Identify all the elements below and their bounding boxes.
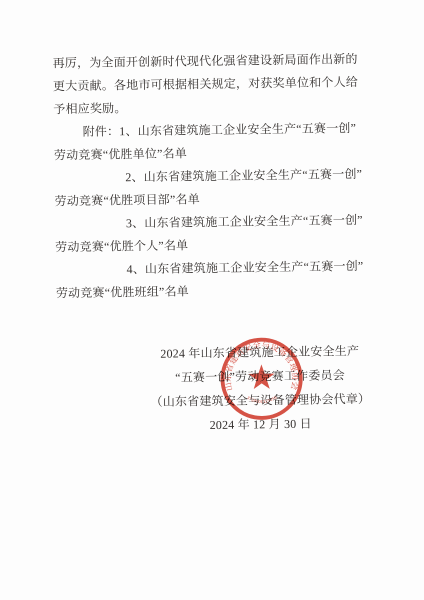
body-paragraphs: 再厉，为全面开创新时代现代化强省建设新局面作出新的 更大贡献。各地市可根据相关规… (53, 48, 377, 305)
attachment-item-line: 2、山东省建筑施工企业安全生产“五赛一创” (125, 163, 374, 189)
attachment-item-line: 劳动竞赛“优胜班组”名单 (56, 278, 376, 305)
attachment-item-line: 4、山东省建筑施工企业安全生产“五赛一创” (126, 255, 375, 281)
body-line: 更大贡献。各地市可根据相关规定，对获奖单位和个人给 (53, 71, 373, 98)
page-content: 再厉，为全面开创新时代现代化强省建设新局面作出新的 更大贡献。各地市可根据相关规… (0, 0, 424, 600)
signature-date-line: 2024 年 12 月 30 日 (130, 411, 392, 439)
document-page: 再厉，为全面开创新时代现代化强省建设新局面作出新的 更大贡献。各地市可根据相关规… (0, 0, 424, 600)
signature-org-line-1: 2024 年山东省建筑施工企业安全生产 (129, 339, 391, 367)
attachment-heading-line: 附件：1、山东省建筑施工企业安全生产“五赛一创” (82, 117, 373, 144)
signature-org-line-2: “五赛一创”劳动竞赛工作委员会 (129, 363, 391, 391)
signature-org-line-3: （山东省建筑安全与设备管理协会代章） (129, 387, 391, 415)
attachment-item-line: 3、山东省建筑施工企业安全生产“五赛一创” (126, 209, 375, 235)
signature-block: 2024 年山东省建筑施工企业安全生产 “五赛一创”劳动竞赛工作委员会 （山东省… (129, 339, 392, 439)
